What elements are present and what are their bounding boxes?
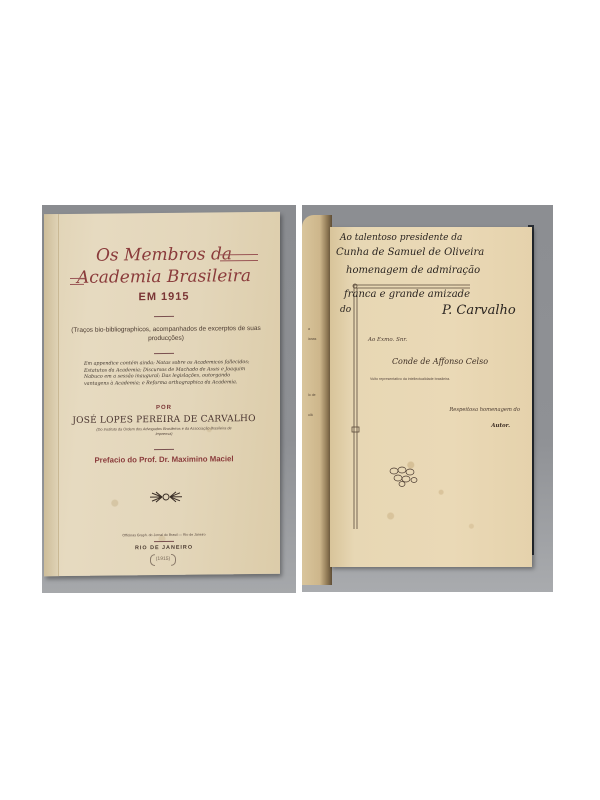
date-stamp: (1915) — [150, 554, 176, 564]
subtitle: (Traços bio-bibliographicos, acompanhado… — [68, 324, 264, 344]
verso-page: a ianas lo de ulâ — [302, 215, 332, 585]
verso-fragment: a — [308, 327, 310, 331]
author-line: Autor. — [450, 423, 510, 429]
divider — [154, 449, 174, 450]
signature: P. Carvalho — [442, 303, 516, 318]
inscription-line: Ao talentoso presidente da — [340, 233, 462, 243]
fleuron-icon — [148, 491, 184, 503]
verso-fragment: ianas — [308, 337, 316, 341]
decorative-lines — [220, 254, 258, 261]
inscription-line: homenagem de admiração — [346, 265, 480, 276]
verso-fragment: lo de — [308, 393, 316, 397]
spine-strip — [44, 214, 59, 576]
city: RIO DE JANEIRO — [64, 544, 264, 552]
author-affiliation: (Do Instituto da Ordem dos Advogados Bra… — [94, 426, 234, 437]
year-heading: EM 1915 — [64, 290, 264, 304]
verso-fragment: ulâ — [308, 413, 313, 417]
floral-icon — [388, 465, 420, 487]
appendix-note: Em appendice contém ainda: Notas sobre o… — [84, 360, 254, 388]
addressee-prefix: Ao Exmo. Snr. — [368, 337, 407, 343]
author-name: JOSÉ LOPES PEREIRA DE CARVALHO — [58, 414, 270, 426]
book-cover: Os Membros da Academia Brasileira EM 191… — [44, 212, 280, 576]
addressee-name: Conde de Affonso Celso — [360, 357, 520, 366]
inscription-line: franca e grande amizade — [344, 289, 470, 300]
by-label: POR — [64, 404, 264, 412]
divider — [154, 353, 174, 354]
dedication-page-photo: a ianas lo de ulâ Ao talentoso president… — [302, 205, 553, 592]
dedication-leaf: Ao talentoso presidente da Cunha de Samu… — [330, 227, 532, 567]
inscription-line: Cunha de Samuel de Oliveira — [336, 247, 484, 258]
respect-line: Respeitosa homenagem do — [420, 407, 520, 413]
decorative-lines — [70, 278, 84, 285]
divider — [154, 541, 174, 542]
inscription-line: do — [340, 305, 351, 315]
divider — [154, 316, 174, 317]
title-line-2: Academia Brasileira — [64, 266, 264, 288]
preface-credit: Prefacio do Prof. Dr. Maximino Maciel — [64, 454, 264, 465]
addressee-description: Vulto representativo da intellectualidad… — [370, 377, 470, 383]
book-cover-photo: Os Membros da Academia Brasileira EM 191… — [42, 205, 296, 593]
printer-line: Officinas Graph. do Jornal do Brasil — R… — [64, 532, 264, 538]
